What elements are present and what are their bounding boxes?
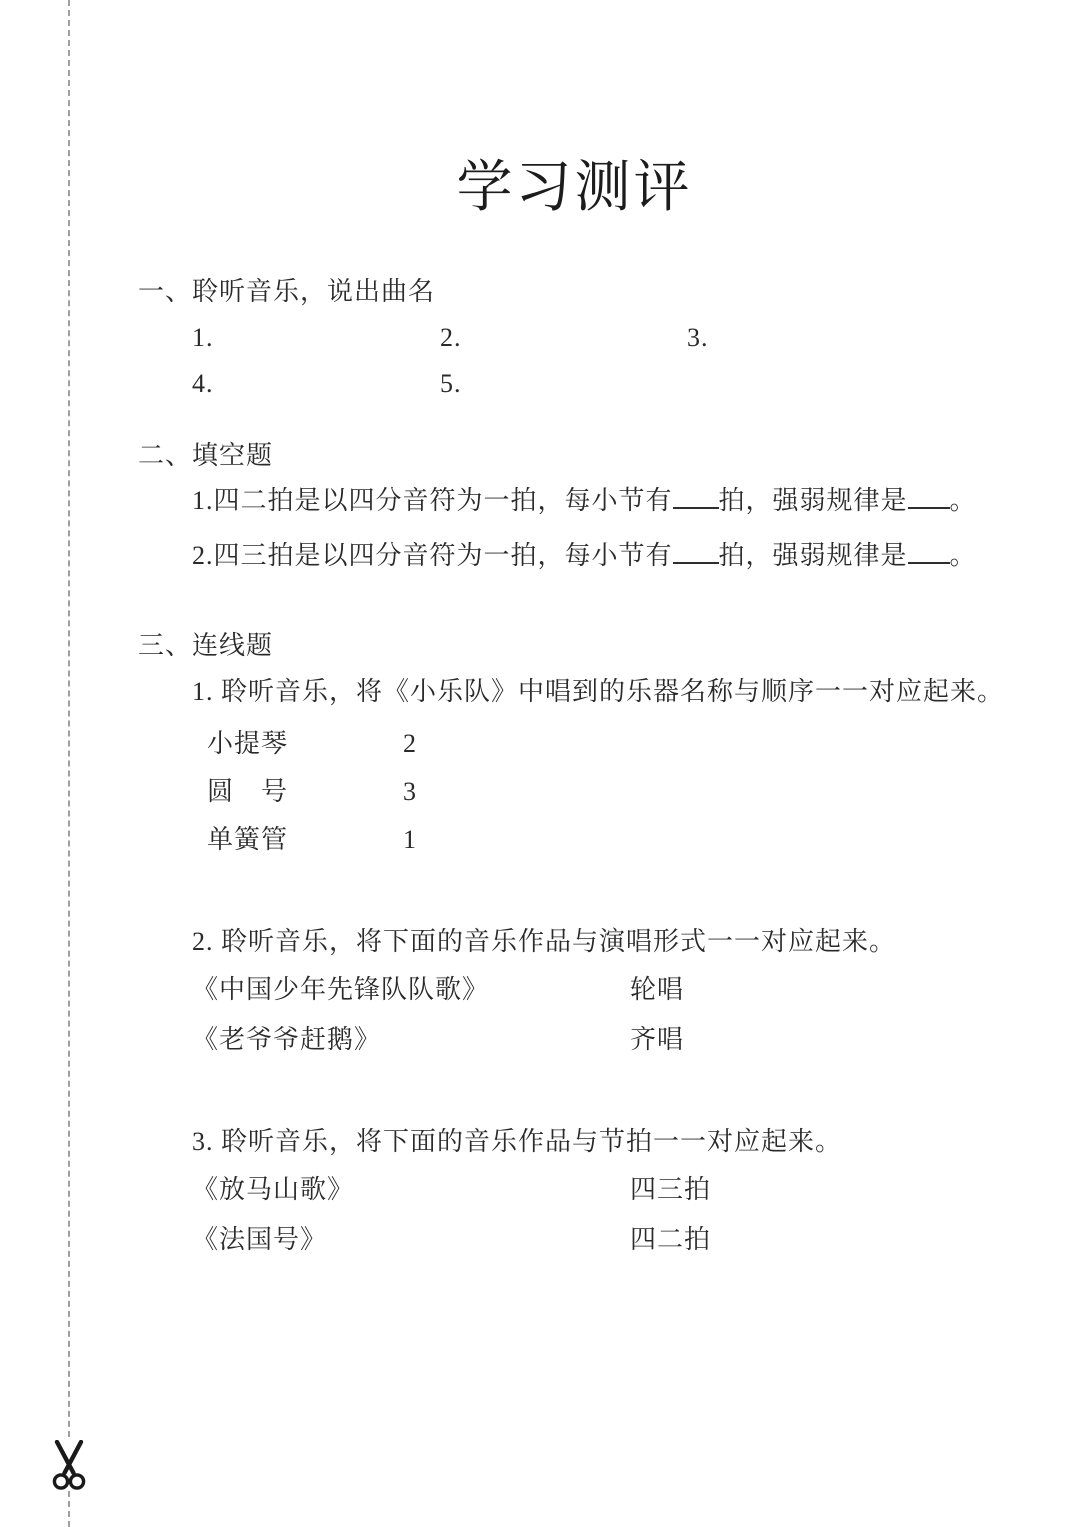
song-title: 《放马山歌》: [192, 1174, 630, 1206]
song-title: 《老爷爷赶鹅》: [192, 1024, 630, 1056]
cut-dashed-line: [68, 0, 70, 1527]
fill-in-1-blank-1: [673, 507, 719, 509]
singing-form: 齐唱: [630, 1024, 684, 1056]
fill-in-1-text-mid: 拍，强弱规律是: [719, 486, 908, 515]
matching-q1-pair-3: 单簧管1: [207, 824, 417, 856]
fill-in-2-text-pre: 2.四三拍是以四分音符为一拍，每小节有: [192, 541, 673, 570]
matching-q3-pair-2: 《法国号》四二拍: [192, 1224, 711, 1256]
matching-q3-pair-1: 《放马山歌》四三拍: [192, 1174, 711, 1206]
matching-q2-prompt: 2. 聆听音乐，将下面的音乐作品与演唱形式一一对应起来。: [192, 926, 896, 958]
instrument-label: 单簧管: [207, 824, 403, 856]
song-title: 《法国号》: [192, 1224, 630, 1256]
section-3-heading: 三、连线题: [138, 630, 273, 662]
fill-in-2-blank-1: [673, 562, 719, 564]
section-1-heading: 一、聆听音乐，说出曲名: [138, 276, 435, 308]
blank-number-1: 1.: [192, 322, 440, 354]
page-title: 学习测评: [69, 156, 1080, 220]
fill-in-2-blank-2: [908, 562, 950, 564]
blank-number-4: 4.: [192, 368, 440, 400]
instrument-label: 小提琴: [207, 728, 403, 760]
matching-q1-prompt: 1. 聆听音乐，将《小乐队》中唱到的乐器名称与顺序一一对应起来。: [192, 676, 1004, 708]
matching-q3-prompt: 3. 聆听音乐，将下面的音乐作品与节拍一一对应起来。: [192, 1126, 842, 1158]
section-1-blank-row-2: 4.5.: [192, 368, 462, 400]
fill-in-item-2: 2.四三拍是以四分音符为一拍，每小节有拍，强弱规律是。: [192, 540, 977, 572]
instrument-label: 圆 号: [207, 776, 403, 808]
fill-in-item-1: 1.四二拍是以四分音符为一拍，每小节有拍，强弱规律是。: [192, 485, 977, 517]
fill-in-2-text-mid: 拍，强弱规律是: [719, 541, 908, 570]
worksheet-page: 学习测评 一、聆听音乐，说出曲名 1.2.3. 4.5. 二、填空题 1.四二拍…: [0, 0, 1080, 1527]
blank-number-3: 3.: [687, 322, 709, 354]
singing-form: 轮唱: [630, 974, 684, 1006]
fill-in-1-text-pre: 1.四二拍是以四分音符为一拍，每小节有: [192, 486, 673, 515]
matching-q1-pair-1: 小提琴2: [207, 728, 417, 760]
blank-number-5: 5.: [440, 368, 462, 400]
section-1-blank-row-1: 1.2.3.: [192, 322, 709, 354]
order-number: 2: [403, 728, 417, 760]
fill-in-1-period: 。: [950, 486, 977, 515]
order-number: 1: [403, 824, 417, 856]
section-2-heading: 二、填空题: [138, 440, 273, 472]
matching-q2-pair-2: 《老爷爷赶鹅》齐唱: [192, 1024, 684, 1056]
matching-q2-pair-1: 《中国少年先锋队队歌》轮唱: [192, 974, 684, 1006]
meter-label: 四三拍: [630, 1174, 711, 1206]
fill-in-1-blank-2: [908, 507, 950, 509]
blank-number-2: 2.: [440, 322, 687, 354]
fill-in-2-period: 。: [950, 541, 977, 570]
order-number: 3: [403, 776, 417, 808]
scissors-icon: [50, 1440, 88, 1490]
meter-label: 四二拍: [630, 1224, 711, 1256]
song-title: 《中国少年先锋队队歌》: [192, 974, 630, 1006]
matching-q1-pair-2: 圆 号3: [207, 776, 417, 808]
